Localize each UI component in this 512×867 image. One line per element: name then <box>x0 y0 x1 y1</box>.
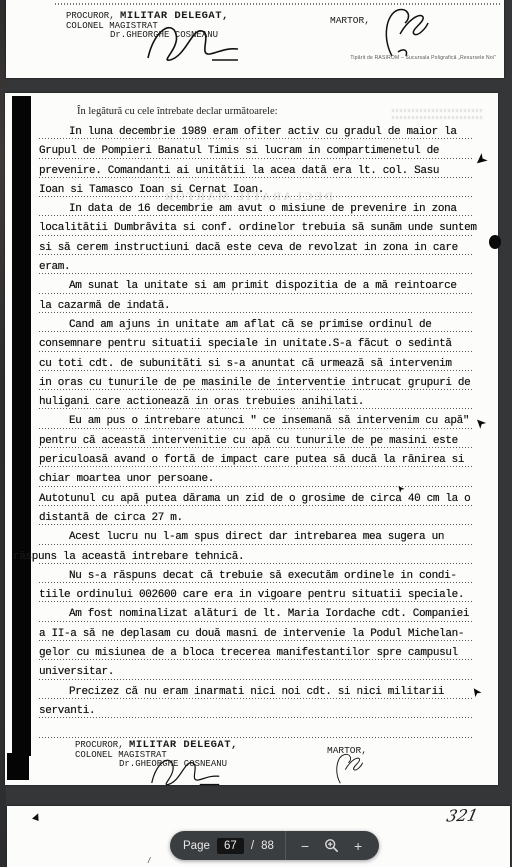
zoom-in-button[interactable]: + <box>350 839 366 853</box>
document-text-line: servanti. <box>39 702 476 721</box>
document-text-line: in oras cu tunurile de pe masinile de in… <box>39 374 476 393</box>
document-text-line: periculoasă avand o fortă de impact care… <box>39 451 476 470</box>
scan-black-blob <box>7 753 29 780</box>
document-text-line: răspuns la această intrebare tehnică. <box>39 548 476 567</box>
document-text-line: universitar. <box>39 663 476 682</box>
document-text-line: si să cerem instructiuni dacă este ceva … <box>39 239 476 258</box>
bleed-through-stamp <box>392 109 484 123</box>
document-text-line: distantă de circa 27 m. <box>39 509 476 528</box>
ink-squiggle-mark: / <box>148 856 150 865</box>
declaration-heading: În legătură cu cele întrebate declar urm… <box>77 106 278 117</box>
printer-imprint-note: Tipărit de RASIROM – Sucursala Poligrafi… <box>350 55 496 61</box>
document-text-line: a II-a să ne deplasam cu două masni de i… <box>39 625 476 644</box>
prosecutor-signature-scribble <box>125 753 255 789</box>
document-text-line: la cazarmă de indată. <box>39 297 476 316</box>
document-text-line: eram. <box>39 258 476 277</box>
perforation-dotted-line <box>55 3 502 5</box>
viewer-toolbar: Page 67 / 88 − + <box>170 831 379 860</box>
document-text-line: Am sunat la unitate si am primit dispozi… <box>39 277 476 296</box>
document-text-line: Autotunul cu apă putea dărama un zid de … <box>39 490 476 509</box>
witness-label: MARTOR, <box>330 15 370 26</box>
prosecutor-signature-scribble <box>134 18 264 66</box>
page-separator: / <box>251 840 254 852</box>
witness-signature-scribble <box>325 751 373 787</box>
document-text-line: tiile ordinului 002600 care era in vigoa… <box>39 586 476 605</box>
page-number-input[interactable]: 67 <box>217 838 244 854</box>
scan-black-strip <box>12 96 31 756</box>
document-text-line: Acest lucru nu l-am spus direct dar intr… <box>39 528 476 547</box>
document-text-line: Am fost nominalizat alături de lt. Maria… <box>39 605 476 624</box>
prosecutor-role-label: PROCUROR, <box>66 11 115 21</box>
document-text-line: prevenire. Comandanti ai unitătii la ace… <box>39 162 476 181</box>
handwritten-page-number: 321 <box>445 805 480 825</box>
previous-page-fragment: PROCUROR, MILITAR DELEGAT, COLONEL MAGIS… <box>6 0 504 78</box>
document-text-line: Precizez că nu eram inarmati nici noi cd… <box>39 683 476 702</box>
document-text-line: huligani care actionează in oras trebuie… <box>39 393 476 412</box>
document-page-67: În legătură cu cele întrebate declar urm… <box>5 93 498 785</box>
witness-signature-scribble <box>378 4 434 62</box>
document-text-line: cu toti cdt. de subunităti si s-a anunta… <box>39 355 476 374</box>
document-text-line: localitătii Dumbrăvita si conf. ordinelo… <box>39 219 476 238</box>
document-text-line: Grupul de Pompieri Banatul Timis si lucr… <box>39 142 476 161</box>
ink-half-dot-mark <box>489 235 501 249</box>
document-text-line: pentru că această intervenitie cu apă cu… <box>39 432 476 451</box>
document-text-line: Ioan si Tamasco Ioan si Cernat Ioan. <box>39 181 476 200</box>
document-text-line: Cand am ajuns in unitate am aflat că se … <box>39 316 476 335</box>
document-text-line: chiar moartea unor persoane. <box>39 470 476 489</box>
ink-triangle-mark <box>32 812 41 821</box>
pdf-viewer: PROCUROR, MILITAR DELEGAT, COLONEL MAGIS… <box>0 0 512 867</box>
document-text-line: In luna decembrie 1989 eram ofiter activ… <box>39 123 476 142</box>
document-text-line: In data de 16 decembrie am avut o misiun… <box>39 200 476 219</box>
page-label: Page <box>183 840 210 852</box>
document-text-line: Nu s-a răspuns decat că trebuie să execu… <box>39 567 476 586</box>
typewritten-text-block: In luna decembrie 1989 eram ofiter activ… <box>39 123 476 741</box>
document-text-line <box>39 721 476 740</box>
document-text-line: Eu am pus o intrebare atunci " ce insema… <box>39 412 476 431</box>
document-text-line: consemnare pentru situatii speciale in u… <box>39 335 476 354</box>
document-text-line: gelor cu misiunea de a bloca trecerea ma… <box>39 644 476 663</box>
zoom-out-button[interactable]: − <box>297 839 313 853</box>
magnifier-plus-icon[interactable] <box>320 838 343 853</box>
toolbar-divider <box>285 831 286 860</box>
prosecutor-role-label: PROCUROR, <box>75 740 124 750</box>
total-pages: 88 <box>261 840 274 852</box>
